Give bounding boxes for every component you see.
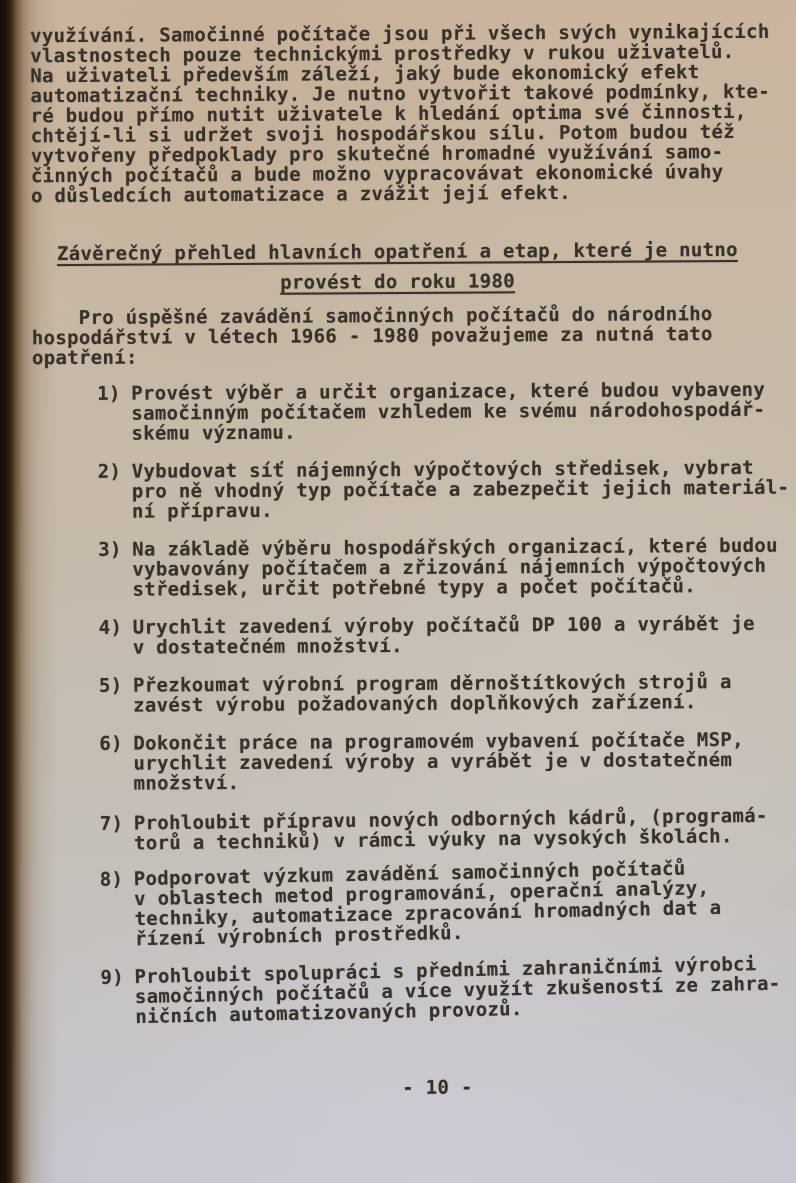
measure-text: Vybudovat síť nájemných výpočtových stře… (132, 458, 790, 522)
measure-text: Podporovat výzkum zavádění samočinných p… (134, 858, 722, 949)
measure-number: 4) (99, 618, 133, 658)
section-heading: Závěrečný přehled hlavních opatření a et… (31, 235, 763, 299)
page-content: využívání. Samočinné počítače jsou při v… (0, 0, 796, 1183)
section-heading-line-1: Závěrečný přehled hlavních opatření a et… (31, 235, 763, 269)
measure-item-8: 8) Podporovat výzkum zavádění samočinnýc… (100, 857, 794, 950)
measure-item-9: 9) Prohloubit spolupráci s předními zahr… (100, 953, 794, 1027)
lead-paragraph: Pro úspěšné zavádění samočinných počítač… (32, 304, 790, 369)
measure-text: Na základě výběru hospodářských organiza… (132, 536, 778, 600)
measure-number: 8) (100, 869, 136, 950)
measure-item-7: 7) Prohloubit přípravu nových odborných … (100, 806, 793, 854)
measures-list: 1) Provést výběr a určit organizace, kte… (32, 380, 794, 1029)
measure-number: 9) (100, 967, 135, 1028)
measure-item-5: 5) Přezkoumat výrobní program děrnoštítk… (99, 672, 792, 716)
measure-item-1: 1) Provést výběr a určit organizace, kte… (97, 380, 790, 444)
measure-item-3: 3) Na základě výběru hospodářských organ… (98, 536, 791, 600)
document-page: využívání. Samočinné počítače jsou při v… (0, 0, 796, 1183)
section-heading-line-2: provést do roku 1980 (31, 265, 763, 299)
measure-number: 7) (100, 814, 134, 854)
measure-text: Provést výběr a určit organizace, které … (131, 380, 765, 444)
measure-number: 3) (98, 540, 132, 600)
measure-number: 5) (99, 676, 133, 716)
page-number: - 10 - (58, 1075, 796, 1100)
measure-number: 1) (97, 384, 131, 444)
measure-text: Dokončit práce na programovém vybavení p… (133, 730, 744, 794)
measure-text: Přezkoumat výrobní program děrnoštítkový… (133, 672, 732, 716)
measure-text: Prohloubit spolupráci s předními zahrani… (134, 954, 781, 1028)
measure-item-4: 4) Urychlit zavedení výroby počítačů DP … (99, 614, 792, 658)
measure-number: 6) (99, 734, 133, 794)
measure-text: Prohloubit přípravu nových odborných kád… (134, 806, 768, 854)
measure-item-2: 2) Vybudovat síť nájemných výpočtových s… (98, 458, 791, 522)
measure-number: 2) (98, 462, 132, 522)
measure-item-6: 6) Dokončit práce na programovém vybaven… (99, 730, 792, 794)
intro-paragraph: využívání. Samočinné počítače jsou při v… (30, 22, 789, 207)
measure-text: Urychlit zavedení výroby počítačů DP 100… (133, 614, 755, 658)
